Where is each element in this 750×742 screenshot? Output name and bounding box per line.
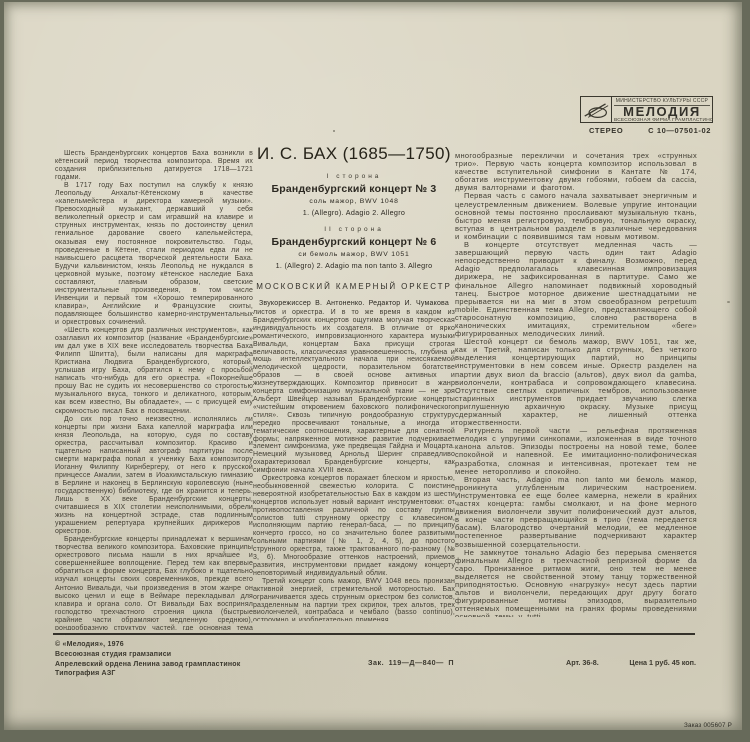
liner-notes-column-left: Шесть Бранденбургских концертов Баха воз…: [55, 150, 253, 630]
paragraph: «Шесть концертов для различных инструмен…: [55, 327, 253, 416]
paper-speck: [727, 301, 730, 303]
paragraph: До сих пор точно неизвестно, исполнялись…: [55, 416, 253, 537]
side2-work-title: Бранденбургский концерт № 6: [247, 236, 461, 248]
paragraph: Ритурнель первой части — рельефная протя…: [455, 427, 697, 476]
stereo-catalog-row: СТЕРЕО С 10—07501-02: [589, 126, 711, 135]
orchestra-line: МОСКОВСКИЙ КАМЕРНЫЙ ОРКЕСТР: [247, 282, 461, 291]
paragraph: В 1717 году Бах поступил на службу к кня…: [55, 182, 253, 327]
side2-label: II сторона: [247, 226, 461, 233]
paragraph: Шестой концерт си бемоль мажор, BWV 1051…: [455, 338, 697, 427]
side1-label: I сторона: [247, 173, 461, 180]
article-price-row: Арт. 36-8. Цена 1 руб. 45 коп.: [566, 658, 696, 667]
programme-heading: И. С. БАХ (1685—1750) I сторона Бранденб…: [247, 144, 461, 307]
page-title: И. С. БАХ (1685—1750): [247, 144, 461, 164]
liner-notes-column-right: многообразные переклички и сочетания тре…: [455, 152, 697, 617]
paragraph: Не замкнутое тонально Adagio без перерыв…: [455, 549, 697, 617]
studio-line: Всесоюзная студия грамзаписи: [55, 650, 240, 660]
record-sleeve-back-cover: { "colors":{"paper":"#dad5c2","edge":"#6…: [0, 0, 750, 742]
firm-line: ВСЕСОЮЗНАЯ ФИРМА ГРАМПЛАСТИНОК: [614, 118, 710, 122]
stereo-label: СТЕРЕО: [589, 126, 623, 135]
paragraph: Шесть Бранденбургских концертов Баха воз…: [55, 150, 253, 182]
catalog-number: С 10—07501-02: [648, 126, 711, 135]
paragraph: Первая часть с самого начала захватывает…: [455, 192, 697, 241]
side2-work-key: си бемоль мажор, BWV 1051: [247, 251, 461, 258]
side1-work-key: соль мажор, BWV 1048: [247, 198, 461, 205]
melodiya-text-block: МИНИСТЕРСТВО КУЛЬТУРЫ СССР МЕЛОДИЯ ВСЕСО…: [612, 97, 712, 122]
side1-work-title: Бранденбургский концерт № 3: [247, 183, 461, 195]
paragraph: Вторая часть, Adagio ma non tanto ми бем…: [455, 476, 697, 549]
copyright-line: © «Мелодия», 1976: [55, 640, 240, 650]
print-order-number: Зак. 119—Д—840— П: [368, 658, 454, 667]
paragraph: Оркестровка концертов поражает блеском и…: [253, 475, 455, 578]
paragraph: В концерте отсутствует медленная часть —…: [455, 241, 697, 338]
price-label: Цена 1 руб. 45 коп.: [629, 658, 696, 667]
plant-line: Апрелевский ордена Ленина завод грамплас…: [55, 660, 240, 670]
paragraph: многообразные переклички и сочетания тре…: [455, 152, 697, 192]
side1-movements: 1. (Allegro). Adagio 2. Allegro: [247, 208, 461, 217]
paragraph: Третий концерт соль мажор, BWV 1048 весь…: [253, 578, 455, 621]
article-number: Арт. 36-8.: [566, 658, 599, 667]
melodiya-logo-box: МИНИСТЕРСТВО КУЛЬТУРЫ СССР МЕЛОДИЯ ВСЕСО…: [580, 96, 713, 123]
side2-movements: 1. (Allegro) 2. Adagio ma non tanto 3. A…: [247, 261, 461, 270]
paragraph: листов и оркестра. И в то же время в каж…: [253, 309, 455, 475]
order-number: Заказ 005607 Р: [684, 722, 732, 729]
liner-notes-column-middle: листов и оркестра. И в то же время в каж…: [253, 309, 455, 621]
paragraph: Бранденбургские концерты принадлежат к в…: [55, 536, 253, 630]
melodiya-wordmark: МЕЛОДИЯ: [614, 106, 710, 118]
printer-line: Типография АЗГ: [55, 669, 240, 679]
melodiya-emblem-icon: [581, 97, 612, 122]
imprint-block: © «Мелодия», 1976 Всесоюзная студия грам…: [55, 640, 240, 679]
paper-speck: [333, 130, 335, 132]
footer-divider: [53, 633, 695, 635]
credits-line: Звукорежиссер В. Антоненко. Редактор И. …: [247, 300, 461, 307]
